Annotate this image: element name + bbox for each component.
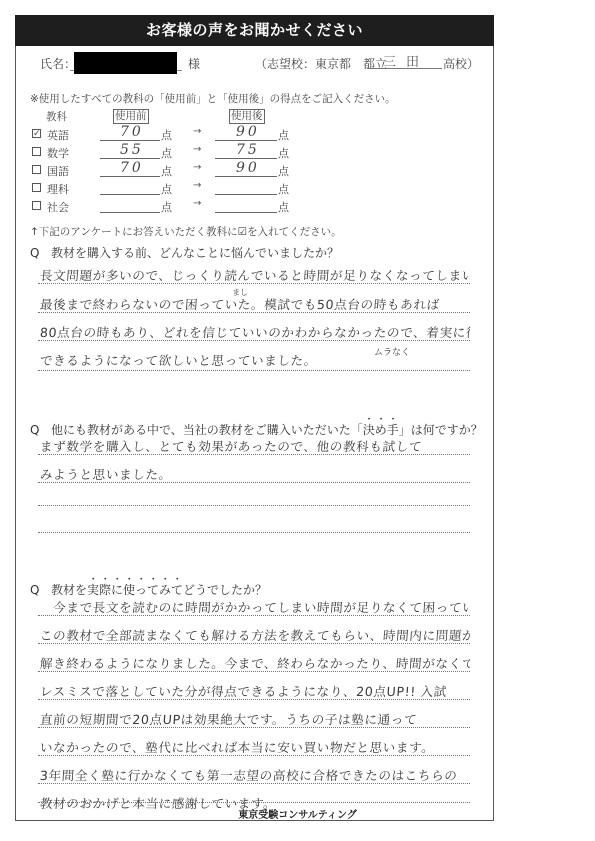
answer-1-line-3: 80点台の時もあり、どれを信じていいのかわからなかったので、着実に得点 — [39, 322, 470, 341]
answer-2-line-1: まず数学を購入し、とても効果があったので、他の教科も試して — [39, 436, 470, 455]
arrow-icon: → — [193, 162, 201, 173]
question-text: 他にも教材がある中で、当社の教材をご購入いただいた「 — [51, 423, 363, 437]
checkbox-science[interactable] — [32, 183, 41, 192]
question-2: Q他にも教材がある中で、当社の教材をご購入いただいた「決め手」は何ですか？ — [30, 416, 483, 438]
answer-3-line-5: 直前の短期間で20点UPは効果絶大です。うちの子は塾に通って — [39, 709, 470, 728]
before-blank[interactable] — [100, 158, 160, 159]
answer-line-rule — [38, 283, 470, 284]
school-prefix: （志望校：東京都 都立 — [255, 55, 387, 72]
checkbox-japanese[interactable] — [32, 165, 41, 174]
after-score: 90 — [236, 160, 260, 176]
score-row-social: 社会 点 → 点 — [0, 198, 595, 216]
unit-label: 点 — [278, 145, 289, 161]
before-blank[interactable] — [100, 212, 160, 213]
before-score: 70 — [120, 124, 144, 140]
answer-line-rule — [38, 671, 470, 672]
unit-label: 点 — [161, 127, 172, 143]
honorific: 様 — [188, 55, 200, 72]
answer-line-rule — [38, 643, 470, 644]
question-text: 」は何ですか？ — [399, 423, 483, 437]
answer-1-line-2: 最後まで終わらないので困っていた。模試でも50点台の時もあれば — [39, 294, 470, 313]
score-row-japanese: 国語 70 点 → 90 点 — [0, 162, 595, 180]
subject-label: 国語 — [47, 163, 69, 179]
answer-line-rule — [38, 340, 470, 341]
arrow-icon: → — [193, 198, 201, 209]
checkbox-note: ↑下記のアンケートにお答えいただく教科に☑を入れてください。 — [30, 224, 342, 239]
question-1: Q教材を購入する前、どんなことに悩んでいましたか？ — [30, 244, 339, 261]
score-row-math: 数学 55 点 → 75 点 — [0, 144, 595, 162]
answer-3-line-6: いなかったので、塾代に比べれば本当に安い買い物だと思います。 — [39, 737, 470, 756]
answer-3-line-2: この教材で全部読まなくても解ける方法を教えてもらい、時間内に問題が — [39, 625, 470, 644]
before-blank[interactable] — [100, 140, 160, 141]
answer-line-rule — [38, 615, 470, 616]
before-blank[interactable] — [100, 176, 160, 177]
company-footer: 東京受験コンサルティング — [0, 806, 595, 821]
before-blank[interactable] — [100, 194, 160, 195]
name-redacted-field — [74, 52, 177, 74]
customer-info-row: 氏名： 様 （志望校：東京都 都立 三田 高校） — [0, 52, 595, 74]
q-mark: Q — [30, 583, 51, 597]
q-mark: Q — [30, 423, 51, 437]
checkbox-math[interactable] — [32, 147, 41, 156]
column-after: 使用後 — [229, 109, 265, 124]
subject-label: 社会 — [47, 199, 69, 215]
after-blank[interactable] — [215, 212, 277, 213]
arrow-icon: → — [193, 126, 201, 137]
after-score: 75 — [236, 142, 260, 158]
score-row-science: 理科 点 → 点 — [0, 180, 595, 198]
column-before: 使用前 — [113, 109, 149, 124]
arrow-icon: → — [193, 144, 201, 155]
annotation-insert: ムラなく — [374, 345, 410, 358]
question-3: Q教材を実際に使ってみてどうでしたか？ — [30, 576, 267, 598]
answer-line-rule — [38, 370, 470, 371]
question-emphasis: 実際に使ってみて — [87, 583, 183, 597]
answer-3-line-1: 今まで長文を読むのに時間がかかってしまい時間が足りなくて困っていたが、 — [39, 597, 470, 616]
after-blank[interactable] — [215, 158, 277, 159]
answer-line-rule — [38, 755, 470, 756]
score-instruction: ※使用したすべての教科の「使用前」と「使用後」の得点をご記入ください。 — [30, 91, 396, 106]
after-blank[interactable] — [215, 140, 277, 141]
answer-line-rule — [38, 482, 470, 483]
unit-label: 点 — [161, 181, 172, 197]
answer-line-rule — [38, 699, 470, 700]
school-name-value: 三田 — [383, 51, 429, 70]
subject-label: 数学 — [47, 145, 69, 161]
checkbox-social[interactable] — [32, 201, 41, 210]
answer-1-line-1: 長文問題が多いので、じっくり読んでいると時間が足りなくなってしまい — [39, 265, 470, 284]
subject-label: 理科 — [47, 181, 69, 197]
subject-label: 英語 — [47, 127, 69, 143]
after-blank[interactable] — [215, 176, 277, 177]
after-blank[interactable] — [215, 194, 277, 195]
unit-label: 点 — [278, 127, 289, 143]
unit-label: 点 — [161, 199, 172, 215]
before-score: 55 — [120, 142, 144, 158]
answer-line-rule — [38, 312, 470, 313]
before-score: 70 — [120, 160, 144, 176]
question-text: 教材を — [51, 583, 87, 597]
checkbox-english[interactable]: ✓ — [32, 129, 41, 138]
unit-label: 点 — [161, 145, 172, 161]
answer-3-line-3: 解き終わるようになりました。今まで、終わらなかったり、時間がなくて焦ってケア — [39, 653, 470, 672]
answer-2-line-2: みようと思いました。 — [39, 464, 470, 483]
answer-line-rule[interactable] — [38, 532, 470, 533]
answer-line-rule — [38, 783, 470, 784]
score-row-english: ✓ 英語 70 点 → 90 点 — [0, 126, 595, 144]
unit-label: 点 — [161, 163, 172, 179]
answer-3-line-7: 3年間全く塾に行かなくても第一志望の高校に合格できたのはこちらの — [39, 765, 470, 784]
column-subject: 教科 — [46, 109, 67, 124]
answer-line-rule — [38, 727, 470, 728]
school-suffix: 高校） — [443, 55, 479, 72]
answer-line-rule — [38, 454, 470, 455]
arrow-icon: → — [193, 180, 201, 191]
answer-line-rule — [38, 802, 470, 803]
question-text: どうでしたか？ — [183, 583, 267, 597]
after-score: 90 — [236, 124, 260, 140]
q-mark: Q — [30, 246, 51, 260]
question-emphasis: 決め手 — [363, 423, 399, 437]
question-text: 教材を購入する前、どんなことに悩んでいましたか？ — [51, 246, 339, 260]
unit-label: 点 — [278, 163, 289, 179]
unit-label: 点 — [278, 181, 289, 197]
form-title: お客様の声をお聞かせください — [15, 15, 494, 46]
answer-3-line-4: レスミスで落としていた分が得点できるようになり、20点UP!! 入試 — [39, 681, 470, 700]
unit-label: 点 — [278, 199, 289, 215]
answer-line-rule[interactable] — [38, 505, 470, 506]
